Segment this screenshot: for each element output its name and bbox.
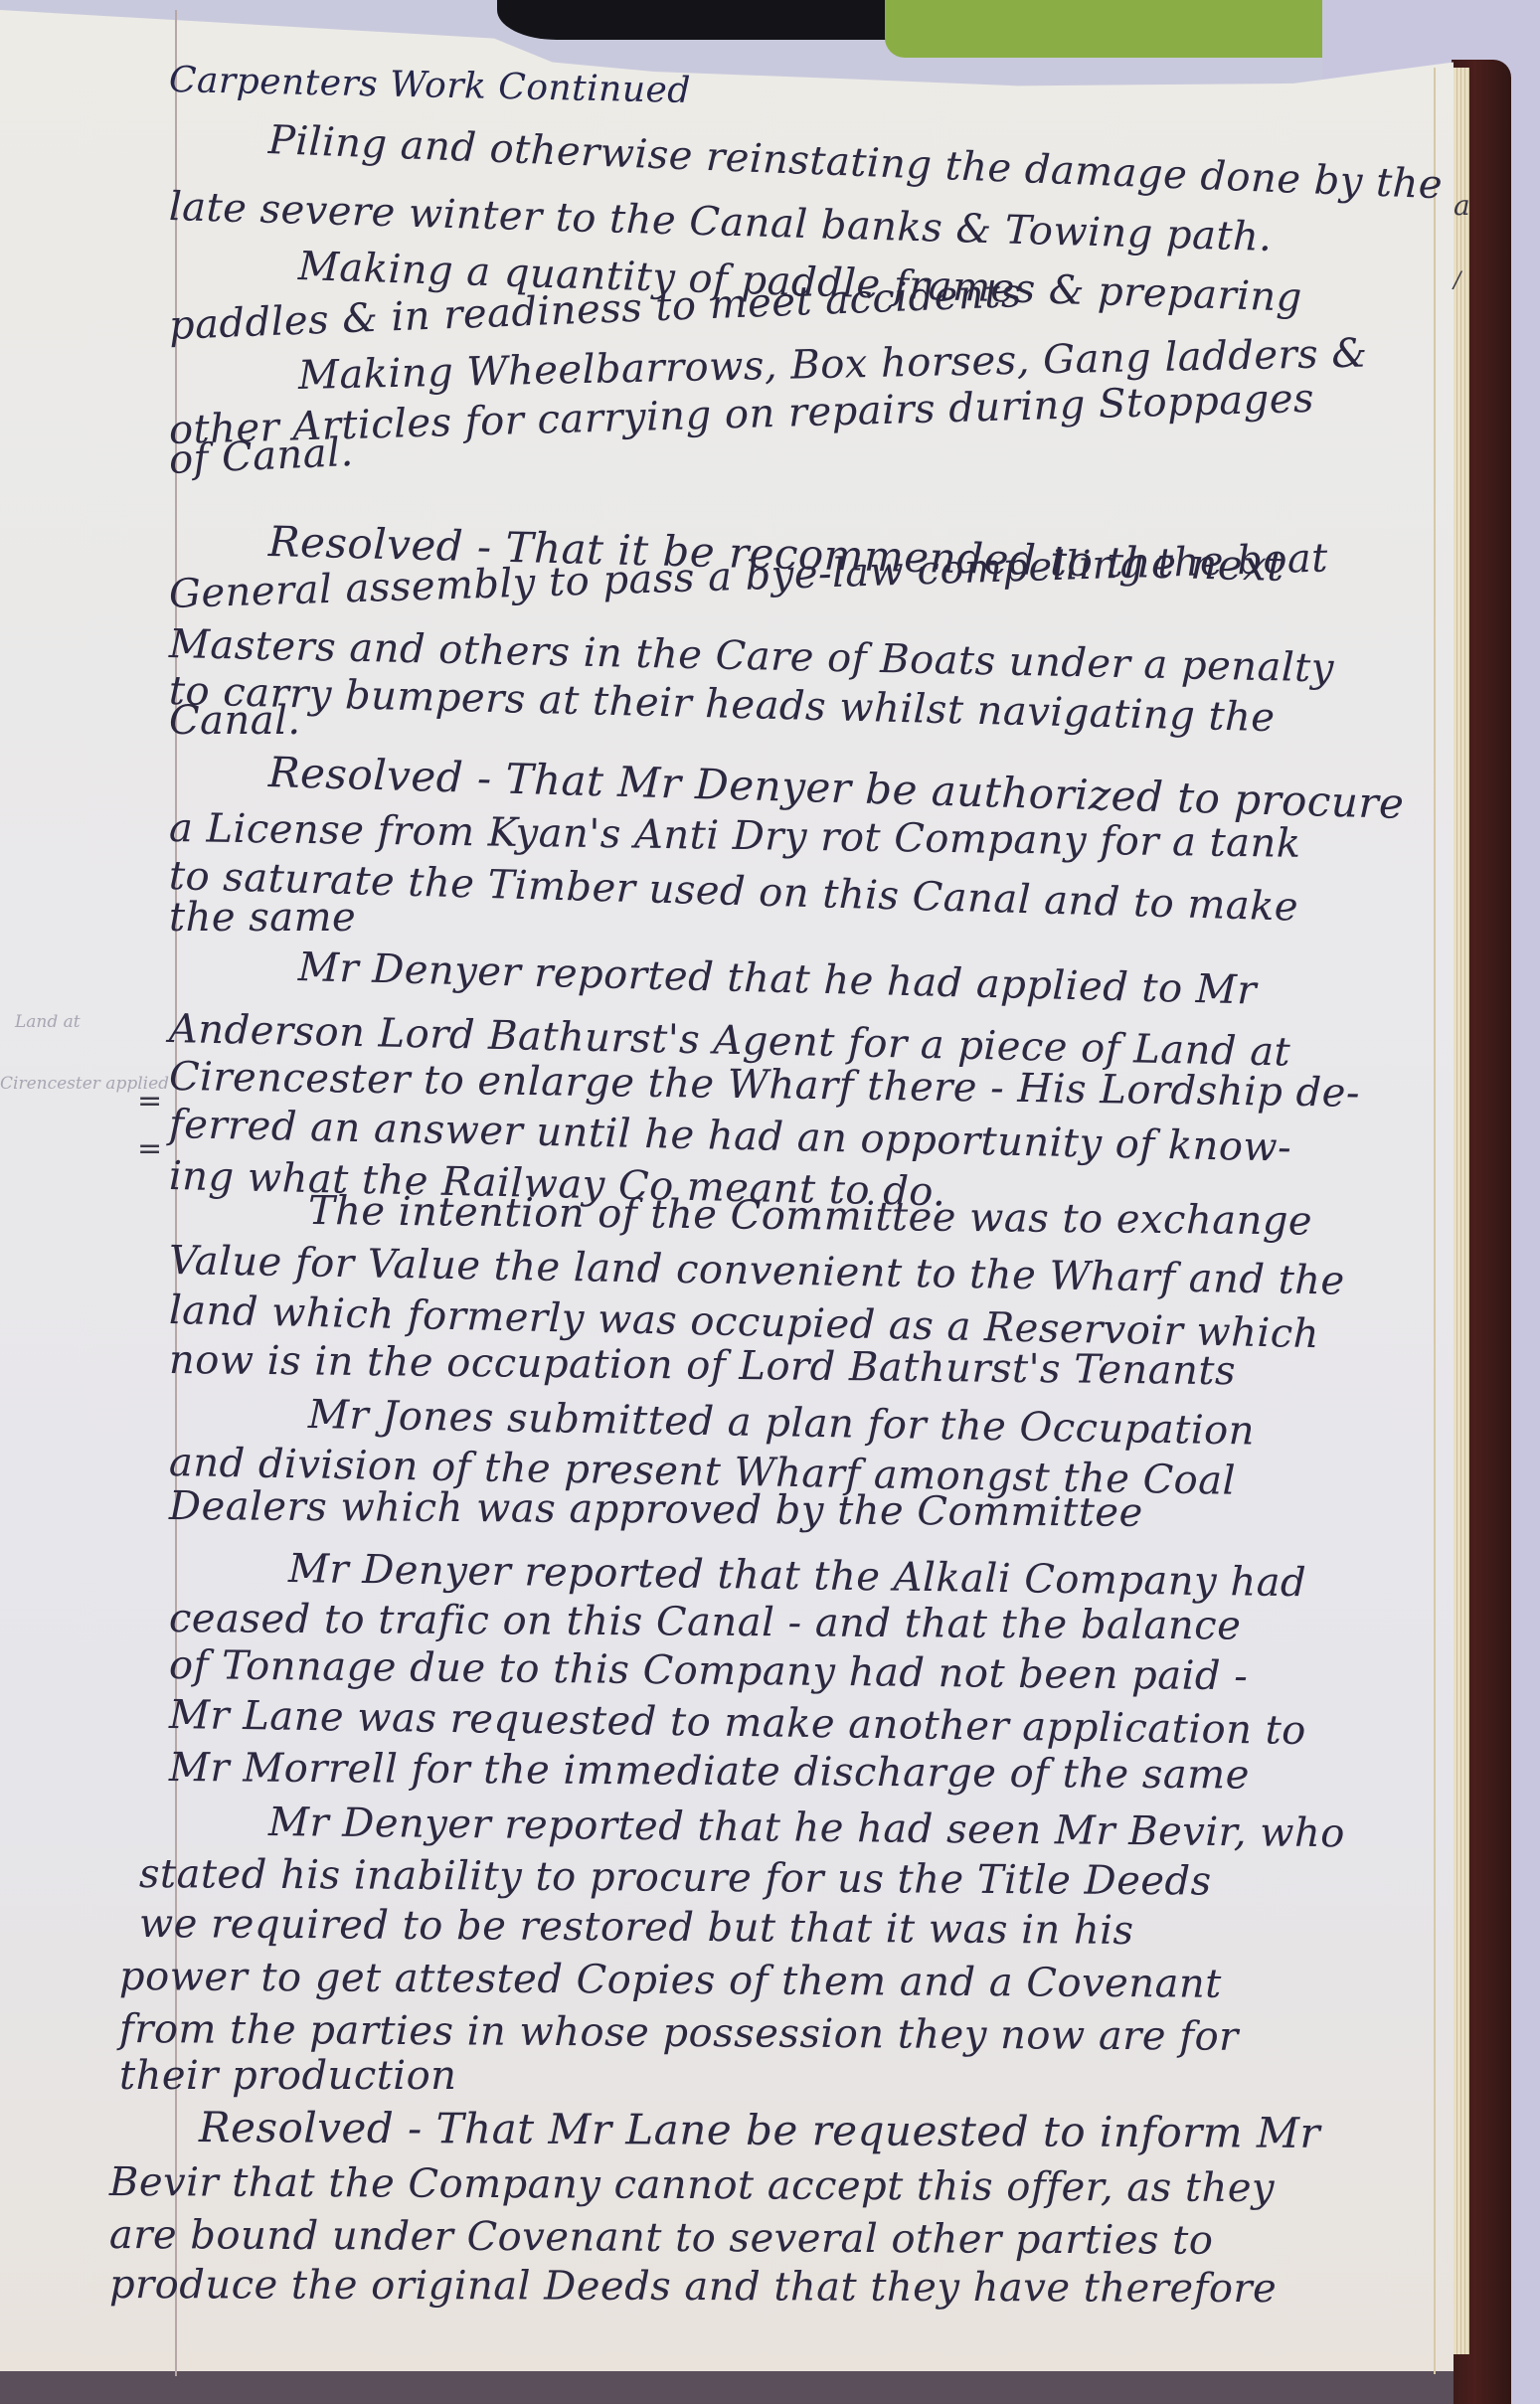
entry-line: from the parties in whose possession the… — [119, 2006, 1239, 2060]
margin-note: Land at — [15, 1012, 81, 1032]
entry-line: are bound under Covenant to several othe… — [109, 2212, 1214, 2264]
entry-line: Mr Morrell for the immediate discharge o… — [169, 1745, 1250, 1799]
entry-line: Canal. — [169, 698, 301, 744]
entry-line: ceased to trafic on this Canal - and tha… — [169, 1596, 1242, 1649]
edge-mark-a: a — [1454, 189, 1470, 222]
entry-line: their production — [119, 2053, 456, 2099]
background-black-object — [497, 0, 890, 40]
entry-line: we required to be restored but that it w… — [139, 1901, 1134, 1954]
entry-line: produce the original Deeds and that they… — [109, 2262, 1277, 2312]
hyphen-continuation-mark: = — [137, 1131, 162, 1166]
entry-line: the same — [169, 895, 356, 941]
hyphen-continuation-mark: = — [137, 1084, 162, 1118]
entry-line: of Canal. — [168, 429, 355, 483]
page-bottom-shadow — [0, 2371, 1454, 2404]
right-page-edge-rule — [1434, 68, 1436, 2374]
entry-line: Bevir that the Company cannot accept thi… — [109, 2159, 1275, 2211]
entry-line: power to get attested Copies of them and… — [119, 1954, 1222, 2007]
edge-mark-slash: / — [1454, 268, 1460, 293]
entry-line: Resolved - That Mr Lane be requested to … — [199, 2103, 1320, 2157]
background-green-object — [885, 0, 1322, 58]
entry-line: stated his inability to procure for us t… — [139, 1851, 1212, 1905]
entry-line: Dealers which was approved by the Commit… — [169, 1483, 1143, 1536]
